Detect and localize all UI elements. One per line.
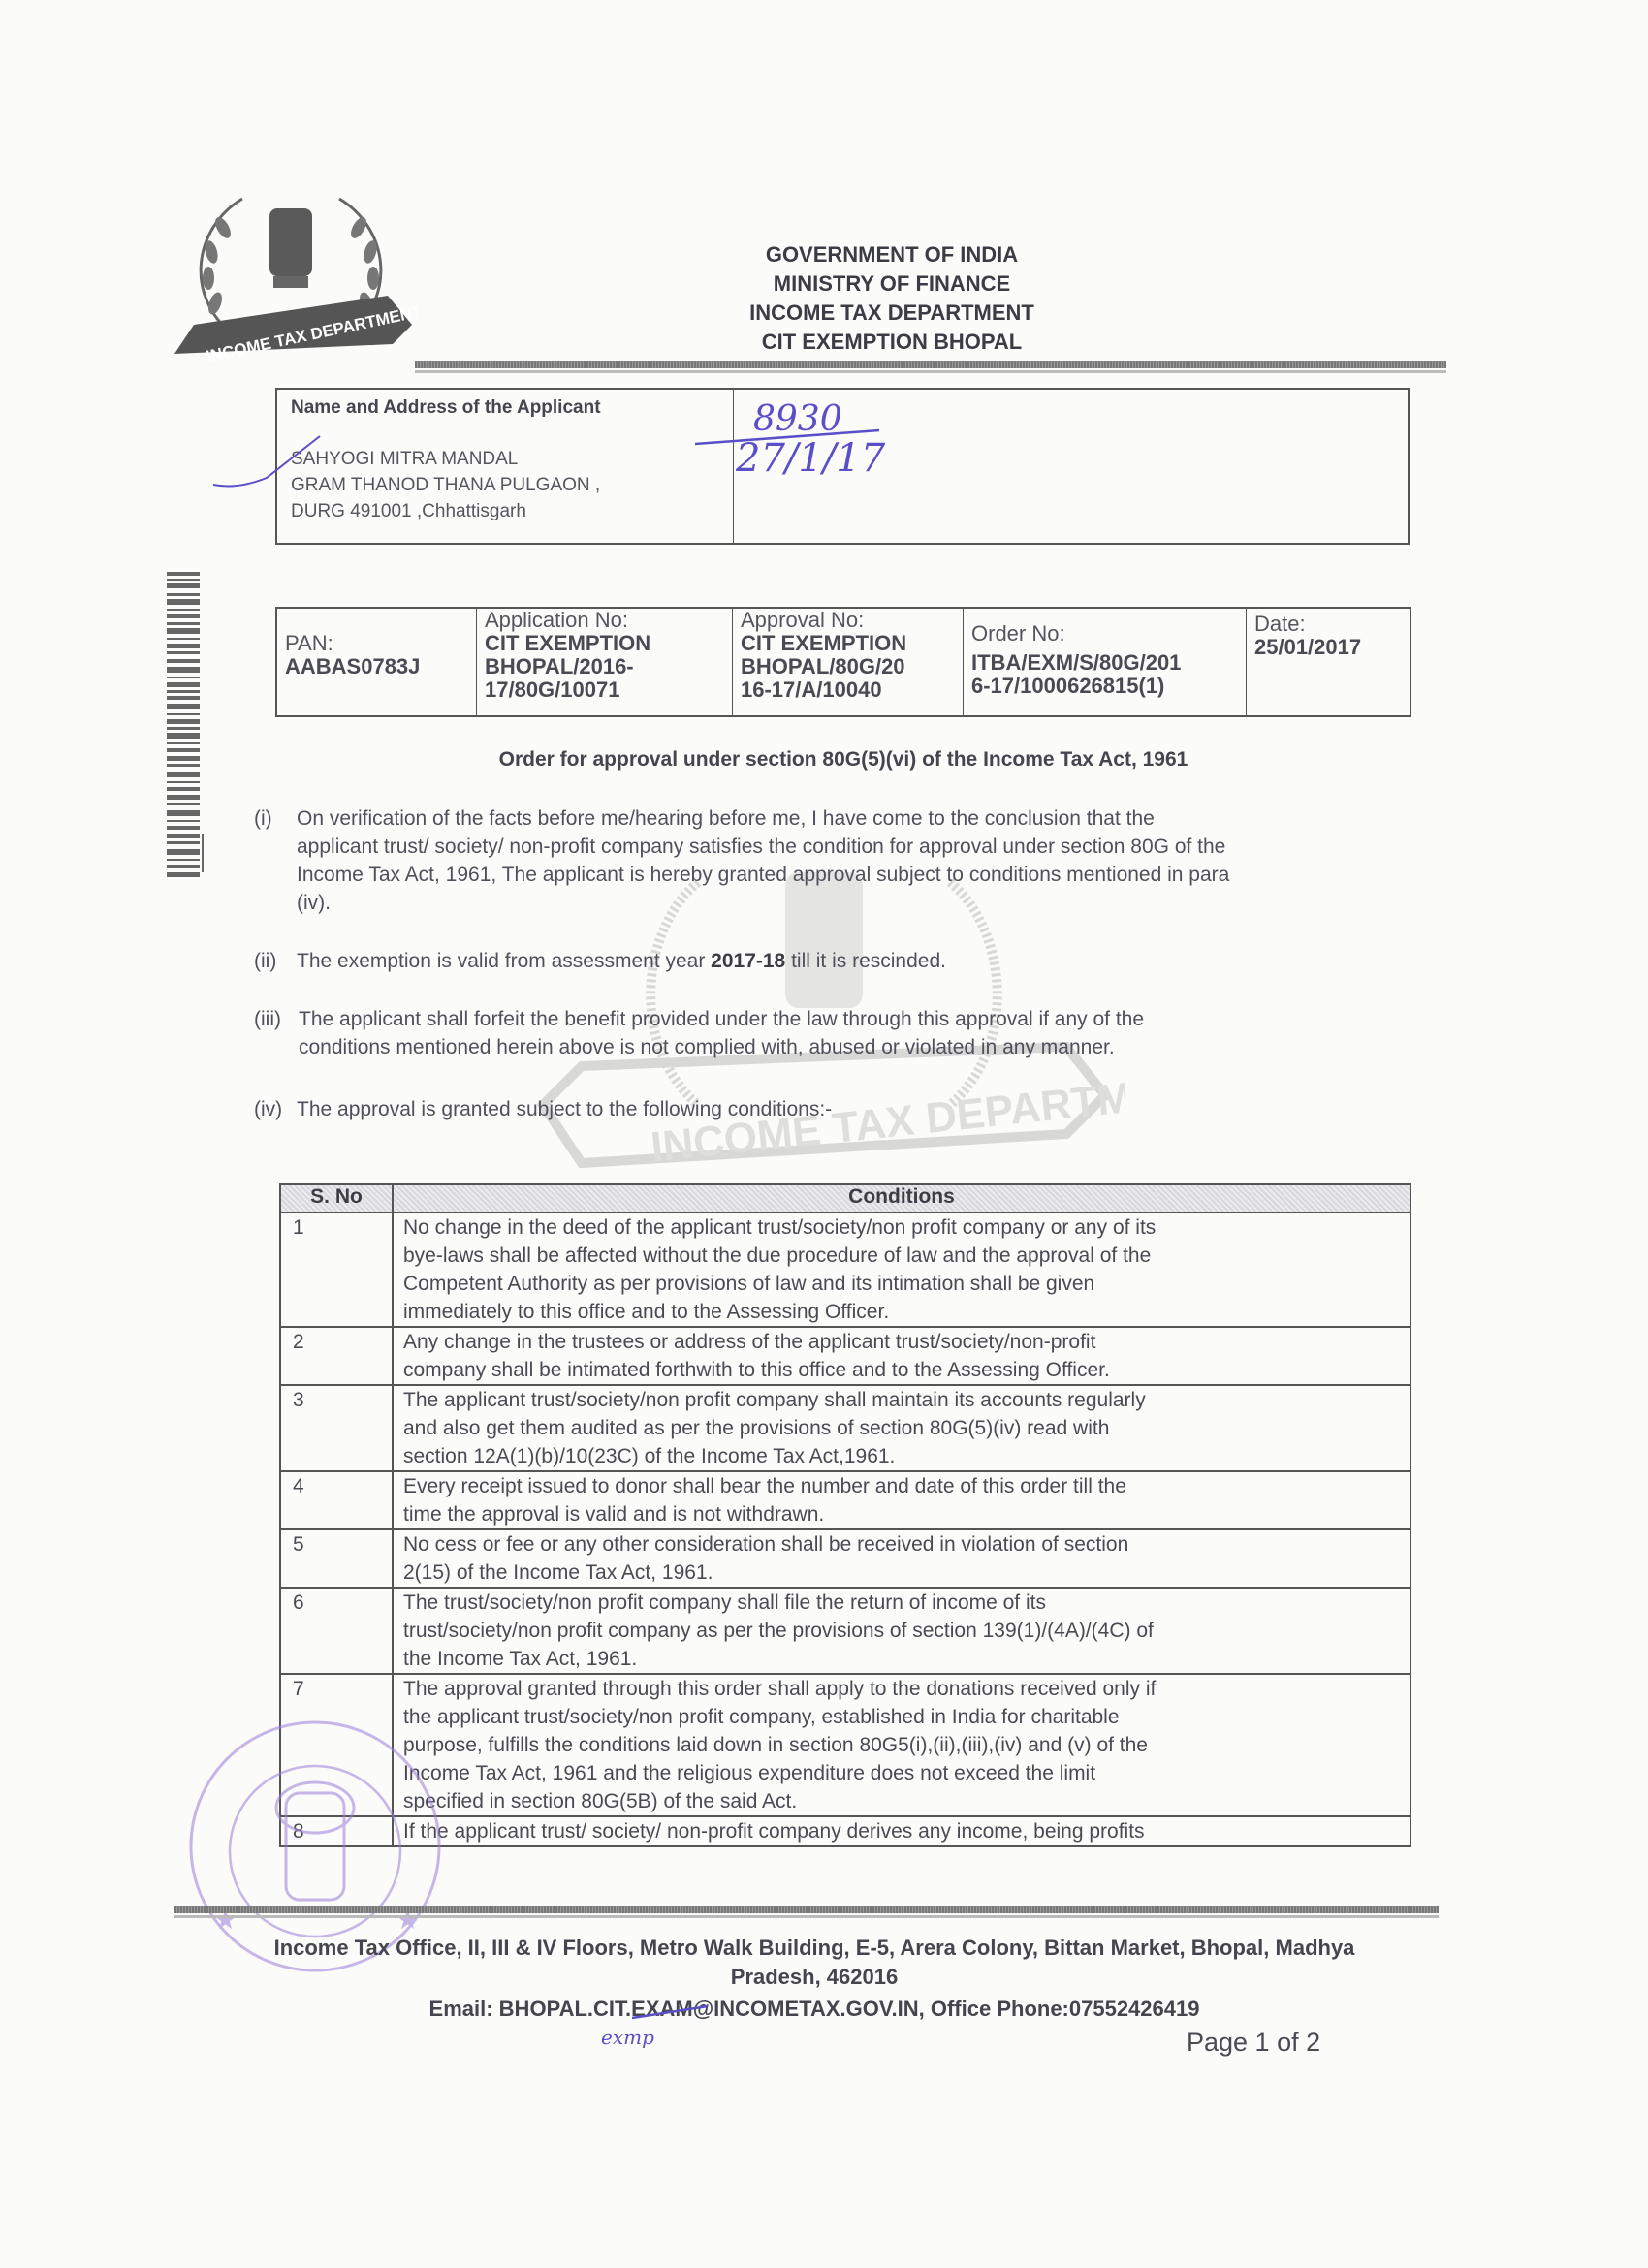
paragraph-text: The exemption is valid from assessment y… bbox=[297, 950, 711, 972]
application-number-line: 17/80G/10071 bbox=[485, 678, 724, 702]
header-line-department: INCOME TAX DEPARTMENT bbox=[679, 299, 1105, 328]
applicant-address-line1: GRAM THANOD THANA PULGAON , bbox=[291, 472, 733, 498]
order-number-cell: Order No: ITBA/EXM/S/80G/201 6-17/100062… bbox=[964, 609, 1247, 715]
email-label: Email: bbox=[429, 1997, 499, 2021]
table-row: 5 No cess or fee or any other considerat… bbox=[280, 1529, 1410, 1588]
conditions-table: S. No Conditions 1 No change in the deed… bbox=[279, 1183, 1411, 1847]
date-cell: Date: 25/01/2017 bbox=[1247, 609, 1410, 715]
condition-sno: 6 bbox=[280, 1588, 393, 1674]
approval-number-line: BHOPAL/80G/20 bbox=[741, 655, 955, 678]
approval-number-line: CIT EXEMPTION bbox=[741, 632, 955, 655]
table-row: 7 The approval granted through this orde… bbox=[280, 1674, 1410, 1816]
paragraph-line: Income Tax Act, 1961, The applicant is h… bbox=[297, 861, 1229, 889]
condition-sno: 4 bbox=[280, 1471, 393, 1529]
table-header-row: S. No Conditions bbox=[280, 1184, 1410, 1213]
applicant-box: Name and Address of the Applicant SAHYOG… bbox=[275, 388, 1410, 545]
column-header-sno: S. No bbox=[280, 1184, 393, 1213]
applicant-address-line2: DURG 491001 ,Chhattisgarh bbox=[291, 498, 733, 524]
header-line-government: GOVERNMENT OF INDIA bbox=[679, 240, 1105, 269]
paragraph-line: On verification of the facts before me/h… bbox=[297, 804, 1229, 833]
applicant-label: Name and Address of the Applicant bbox=[291, 397, 733, 419]
paragraph-number: (iv) bbox=[254, 1095, 282, 1123]
paragraph-line: (iv). bbox=[297, 889, 1229, 917]
order-number-line: 6-17/1000626815(1) bbox=[971, 675, 1238, 698]
paragraph-body: The applicant shall forfeit the benefit … bbox=[299, 1005, 1144, 1061]
pan-label: PAN: bbox=[285, 632, 468, 655]
handwritten-tick-mark bbox=[208, 431, 325, 499]
date-value: 25/01/2017 bbox=[1254, 636, 1402, 659]
table-row: 3 The applicant trust/society/non profit… bbox=[280, 1385, 1410, 1471]
applicant-details: Name and Address of the Applicant SAHYOG… bbox=[277, 390, 734, 543]
header-titles: GOVERNMENT OF INDIA MINISTRY OF FINANCE … bbox=[679, 240, 1105, 357]
condition-sno: 5 bbox=[280, 1529, 393, 1588]
application-number-cell: Application No: CIT EXEMPTION BHOPAL/201… bbox=[477, 609, 733, 715]
table-row: 2 Any change in the trustees or address … bbox=[280, 1327, 1410, 1385]
paragraph-number: (i) bbox=[254, 804, 272, 833]
condition-sno: 3 bbox=[280, 1385, 393, 1471]
condition-text: Any change in the trustees or address of… bbox=[393, 1327, 1410, 1385]
table-row: 1 No change in the deed of the applicant… bbox=[280, 1213, 1410, 1327]
paragraph-i: (i) On verification of the facts before … bbox=[254, 804, 1437, 921]
paragraph-body: The exemption is valid from assessment y… bbox=[297, 947, 946, 975]
assessment-year: 2017-18 bbox=[711, 950, 785, 972]
paragraph-body: On verification of the facts before me/h… bbox=[297, 804, 1229, 917]
paragraph-number: (ii) bbox=[254, 947, 276, 975]
column-header-conditions: Conditions bbox=[393, 1184, 1410, 1213]
table-row: 8 If the applicant trust/ society/ non-p… bbox=[280, 1816, 1410, 1846]
header-divider bbox=[415, 361, 1446, 368]
condition-text: If the applicant trust/ society/ non-pro… bbox=[393, 1816, 1410, 1846]
paragraph-body: The approval is granted subject to the f… bbox=[297, 1095, 832, 1123]
header-line-ministry: MINISTRY OF FINANCE bbox=[679, 269, 1105, 299]
paragraph-line: The approval is granted subject to the f… bbox=[297, 1095, 832, 1123]
condition-sno: 1 bbox=[280, 1213, 393, 1327]
condition-text: No change in the deed of the applicant t… bbox=[393, 1213, 1410, 1327]
paragraph-number: (iii) bbox=[254, 1005, 281, 1033]
application-number-line: CIT EXEMPTION bbox=[485, 632, 724, 655]
application-number-label: Application No: bbox=[485, 609, 724, 632]
paragraph-line: The applicant shall forfeit the benefit … bbox=[299, 1005, 1144, 1033]
application-number-line: BHOPAL/2016- bbox=[485, 655, 724, 678]
table-row: 6 The trust/society/non profit company s… bbox=[280, 1588, 1410, 1674]
date-label: Date: bbox=[1254, 613, 1402, 636]
applicant-notes-area: 8930 27/1/17 bbox=[734, 390, 1408, 543]
reference-info-table: PAN: AABAS0783J Application No: CIT EXEM… bbox=[275, 607, 1411, 717]
handwritten-strikethrough bbox=[632, 2004, 710, 2024]
address-line: Pradesh, 462016 bbox=[174, 1963, 1454, 1992]
handwritten-correction: exmp bbox=[601, 2026, 654, 2049]
order-number-line: ITBA/EXM/S/80G/201 bbox=[971, 651, 1238, 675]
condition-text: No cess or fee or any other consideratio… bbox=[393, 1529, 1410, 1588]
address-line: Income Tax Office, II, III & IV Floors, … bbox=[174, 1934, 1454, 1963]
office-phone: , Office Phone:07552426419 bbox=[919, 1997, 1200, 2021]
footer-divider-thin bbox=[174, 1915, 1439, 1918]
office-address: Income Tax Office, II, III & IV Floors, … bbox=[174, 1934, 1454, 1992]
paragraph-iii: (iii) The applicant shall forfeit the be… bbox=[254, 1005, 1437, 1063]
footer-divider bbox=[174, 1906, 1439, 1913]
header-line-office: CIT EXEMPTION BHOPAL bbox=[679, 328, 1105, 357]
applicant-name: SAHYOGI MITRA MANDAL bbox=[291, 446, 733, 472]
pan-cell: PAN: AABAS0783J bbox=[277, 609, 477, 715]
condition-text: The applicant trust/society/non profit c… bbox=[393, 1385, 1410, 1471]
header-divider-thin bbox=[415, 370, 1446, 373]
approval-number-line: 16-17/A/10040 bbox=[741, 678, 955, 702]
pan-value: AABAS0783J bbox=[285, 655, 468, 678]
income-tax-department-logo: INCOME TAX DEPARTMENT bbox=[165, 189, 417, 368]
paragraph-ii: (ii) The exemption is valid from assessm… bbox=[254, 947, 1437, 976]
office-contact: Email: BHOPAL.CIT.EXAM@INCOMETAX.GOV.IN,… bbox=[174, 1997, 1454, 2022]
paragraph-line: conditions mentioned herein above is not… bbox=[299, 1033, 1144, 1061]
paragraph-iv: (iv) The approval is granted subject to … bbox=[254, 1095, 1437, 1124]
order-title: Order for approval under section 80G(5)(… bbox=[275, 748, 1411, 772]
handwritten-underline bbox=[695, 428, 889, 448]
page-number: Page 1 of 2 bbox=[1187, 2028, 1320, 2058]
condition-sno: 2 bbox=[280, 1327, 393, 1385]
paragraph-line: applicant trust/ society/ non-profit com… bbox=[297, 833, 1229, 861]
condition-text: The approval granted through this order … bbox=[393, 1674, 1410, 1816]
table-row: 4 Every receipt issued to donor shall be… bbox=[280, 1471, 1410, 1529]
condition-text: The trust/society/non profit company sha… bbox=[393, 1588, 1410, 1674]
paragraph-text: till it is rescinded. bbox=[785, 950, 946, 972]
condition-text: Every receipt issued to donor shall bear… bbox=[393, 1471, 1410, 1529]
approval-number-cell: Approval No: CIT EXEMPTION BHOPAL/80G/20… bbox=[733, 609, 964, 715]
approval-number-label: Approval No: bbox=[741, 609, 955, 632]
barcode bbox=[167, 572, 204, 882]
order-number-label: Order No: bbox=[971, 622, 1238, 646]
